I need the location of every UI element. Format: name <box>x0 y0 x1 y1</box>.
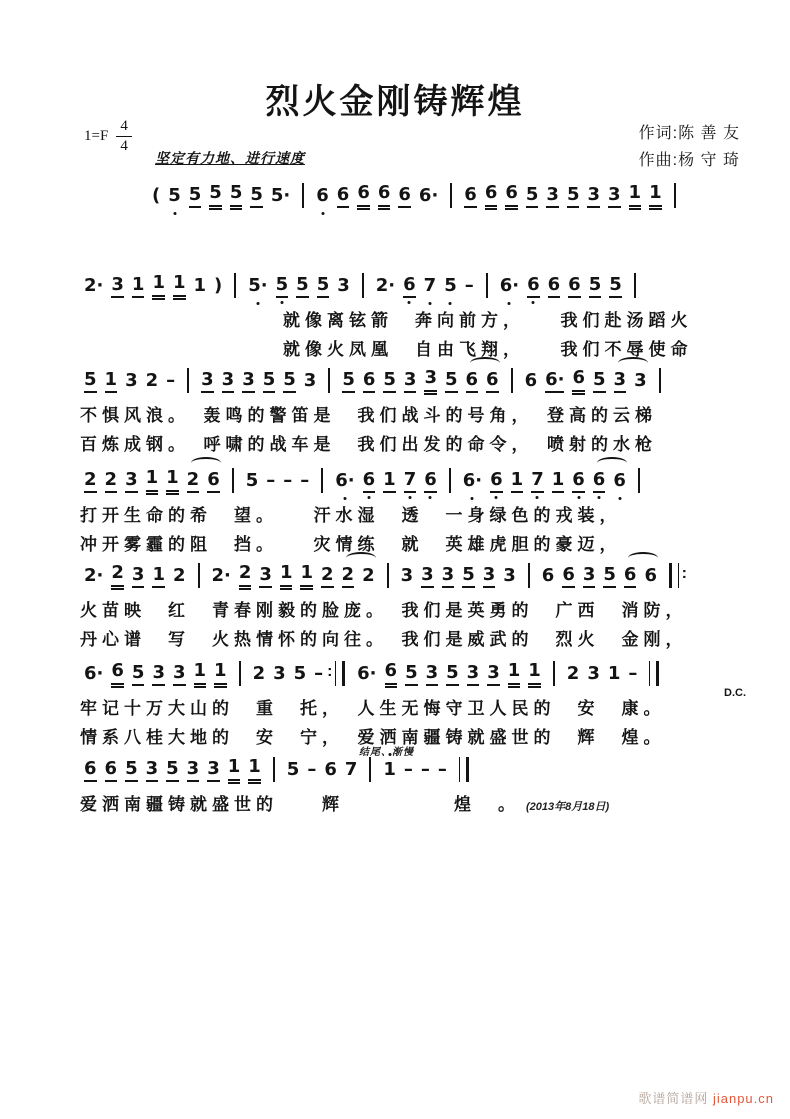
note: 6 <box>357 182 370 210</box>
note: 6 <box>385 660 398 688</box>
note: 3 <box>273 663 286 686</box>
note: 5 <box>296 274 309 299</box>
note: – <box>438 759 447 782</box>
note: 3 <box>242 369 255 394</box>
tie-arc <box>618 357 648 369</box>
note: 3 <box>483 564 496 589</box>
barline <box>198 563 200 588</box>
note: 6 <box>466 369 479 394</box>
note: 3 <box>187 758 200 783</box>
note: 5 <box>276 274 289 299</box>
barline <box>335 661 345 686</box>
note: 3 <box>634 370 647 393</box>
note: 2· <box>84 275 103 298</box>
song-title: 烈火金刚铸辉煌 <box>0 74 790 123</box>
music-system-4: 22311265–––6·61766·6171666 打开生命的希 望。 汗水湿… <box>80 467 748 559</box>
music-system-7: 结尾、渐慢 6653533115–671––– 爱洒南疆铸就盛世的 辉 煌 。(… <box>80 756 748 822</box>
barline <box>450 183 452 208</box>
time-signature: 4 4 <box>116 118 132 154</box>
note: 6 <box>84 758 97 783</box>
watermark-url: jianpu.cn <box>713 1091 774 1106</box>
barline <box>328 368 330 393</box>
lyrics-line-1: 爱洒南疆铸就盛世的 辉 煌 。(2013年8月18日) <box>80 790 748 822</box>
note: 3 <box>426 662 439 687</box>
note: 1 <box>194 660 207 688</box>
note: – <box>314 663 323 686</box>
note: 3 <box>583 564 596 589</box>
note: – <box>300 470 309 493</box>
note: 1 <box>166 467 179 495</box>
note: 6 <box>490 469 503 494</box>
barline <box>459 757 469 782</box>
note: 6 <box>505 182 518 210</box>
note: 5 <box>567 184 580 209</box>
lyrics-line-1: 不惧风浪。 轰鸣的警笛是 我们战斗的号角， 登高的云梯 <box>80 401 748 430</box>
note: 3 <box>146 758 159 783</box>
note: 5 <box>250 184 263 209</box>
note: 6 <box>363 469 376 494</box>
music-system-1: (555555·666666·6665353311 <box>80 182 748 216</box>
note: 2 <box>253 663 266 686</box>
note: 3 <box>201 369 214 394</box>
note: 5 <box>209 182 222 210</box>
notation-line: 2·31111)5·55532·675–6·66655 <box>80 272 748 306</box>
note: 2 <box>105 469 118 494</box>
note: 3 <box>304 370 317 393</box>
note: 3 <box>442 564 455 589</box>
note: 5 <box>383 369 396 394</box>
music-system-5: 2·23122·2311222333533663566 火苗映 红 青春刚毅的脸… <box>80 562 748 654</box>
barline <box>387 563 389 588</box>
note: 6 <box>562 564 575 589</box>
barline <box>321 468 323 493</box>
note: 5 <box>609 274 622 299</box>
tempo-marking: 坚定有力地、进行速度 <box>155 148 305 168</box>
note: 6· <box>84 663 103 686</box>
note: – <box>283 470 292 493</box>
note: – <box>628 663 637 686</box>
barline <box>302 183 304 208</box>
note: 3 <box>222 369 235 394</box>
note: 3 <box>503 565 516 588</box>
note: 2 <box>239 562 252 590</box>
note: 2 <box>321 564 334 589</box>
music-system-3: 5132–3335535653356666·6533 不惧风浪。 轰鸣的警笛是 … <box>80 367 748 459</box>
composer-credit: 作曲:杨 守 琦 <box>639 147 740 174</box>
barline <box>669 563 679 588</box>
note: 1 <box>629 182 642 210</box>
note: 2 <box>187 469 200 494</box>
note: 1 <box>508 660 521 688</box>
note: 1 <box>608 663 621 686</box>
barline <box>369 757 371 782</box>
note: 2 <box>342 564 355 589</box>
note: 6 <box>464 184 477 209</box>
note: 3 <box>132 564 145 589</box>
note: 1 <box>300 562 313 590</box>
note: 6 <box>525 370 538 393</box>
note: 2 <box>146 370 159 393</box>
note: 3 <box>404 369 417 394</box>
note: 2· <box>84 565 103 588</box>
composition-date: (2013年8月18日) <box>526 801 609 813</box>
note: 6 <box>403 274 416 299</box>
note: 3 <box>337 275 350 298</box>
da-capo-mark: D.C. <box>724 687 746 699</box>
barline <box>649 661 659 686</box>
note: 6 <box>207 469 220 494</box>
note: 3 <box>587 184 600 209</box>
barline <box>511 368 513 393</box>
note: 2 <box>111 562 124 590</box>
note: ) <box>214 275 222 298</box>
note: – <box>166 370 175 393</box>
key-label: 1=F <box>84 128 108 145</box>
note: 6 <box>111 660 124 688</box>
notation-line: 2·23122·2311222333533663566 <box>80 562 748 596</box>
note: 6 <box>105 758 118 783</box>
note: 6 <box>613 470 626 493</box>
barline <box>638 468 640 493</box>
note: 3 <box>207 758 220 783</box>
note: 5 <box>132 662 145 687</box>
note: 6· <box>545 369 564 394</box>
barline <box>234 273 236 298</box>
note: 2 <box>567 663 580 686</box>
notation-line: (555555·666666·6665353311 <box>80 182 748 216</box>
note: 3 <box>111 274 124 299</box>
music-system-2: 2·31111)5·55532·675–6·66655 就像离铉箭 奔向前方， … <box>80 272 748 364</box>
sheet-music-page: 烈火金刚铸辉煌 1=F 4 4 坚定有力地、进行速度 作词:陈 善 友 作曲:杨… <box>0 0 790 1119</box>
note: 5 <box>84 369 97 394</box>
note: 6 <box>644 565 657 588</box>
note: 5 <box>405 662 418 687</box>
note: 1 <box>280 562 293 590</box>
tie-arc <box>346 552 376 564</box>
note: 1 <box>248 756 261 784</box>
barline <box>659 368 661 393</box>
note: 3 <box>587 663 600 686</box>
note: 1 <box>528 660 541 688</box>
lyrics-text: 爱洒南疆铸就盛世的 辉 煌 。 <box>80 795 520 814</box>
note: 6· <box>419 185 438 208</box>
note: 5 <box>230 182 243 210</box>
note: 1 <box>228 756 241 784</box>
lyrics-line-2: 丹心谱 写 火热情怀的向往。 我们是威武的 烈火 金刚， <box>80 625 748 654</box>
note: 6 <box>486 369 499 394</box>
note: 6 <box>542 565 555 588</box>
note: – <box>465 275 474 298</box>
barline <box>553 661 555 686</box>
note: 1 <box>552 469 565 494</box>
note: 1 <box>383 469 396 494</box>
notation-line: 22311265–––6·61766·6171666 <box>80 467 748 501</box>
note: 3 <box>152 662 165 687</box>
note: 5 <box>342 369 355 394</box>
barline <box>239 661 241 686</box>
note: 5 <box>283 369 296 394</box>
barline <box>273 757 275 782</box>
note: 6 <box>337 184 350 209</box>
note: 1 <box>214 660 227 688</box>
note: 6 <box>316 185 329 208</box>
note: 5 <box>168 185 181 208</box>
note: 5 <box>189 184 202 209</box>
note: 6 <box>527 274 540 299</box>
note: 3 <box>487 662 500 687</box>
note: 5 <box>462 564 475 589</box>
tie-arc <box>628 552 658 564</box>
note: 1 <box>194 275 207 298</box>
notation-line: 6·653311235–6·65353311231– <box>80 660 748 694</box>
note: 2· <box>212 565 231 588</box>
note: 5 <box>445 369 458 394</box>
watermark-site: 歌谱简谱网 <box>638 1091 708 1106</box>
note: 1 <box>173 272 186 300</box>
note: 5 <box>317 274 330 299</box>
note: 5 <box>125 758 138 783</box>
note: 2· <box>376 275 395 298</box>
meter-denominator: 4 <box>116 137 132 155</box>
note: 5 <box>593 369 606 394</box>
note: 6 <box>624 564 637 589</box>
tie-arc <box>470 357 500 369</box>
note: 7 <box>531 469 544 494</box>
barline <box>449 468 451 493</box>
note: 6 <box>572 469 585 494</box>
note: 7 <box>404 469 417 494</box>
note: 3 <box>401 565 414 588</box>
note: 6 <box>363 369 376 394</box>
note: 1 <box>105 369 118 394</box>
note: 6· <box>357 663 376 686</box>
note: 1 <box>152 272 165 300</box>
barline <box>528 563 530 588</box>
note: 6 <box>398 184 411 209</box>
lyrics-line-1: 牢记十万大山的 重 托， 人生无悔守卫人民的 安 康。 <box>80 694 748 723</box>
note: 5 <box>444 275 457 298</box>
note: ( <box>152 185 160 208</box>
note: 3 <box>125 370 138 393</box>
note: 6 <box>485 182 498 210</box>
note: – <box>307 759 316 782</box>
note: 5 <box>526 184 539 209</box>
note: 6· <box>463 470 482 493</box>
note: 6 <box>548 274 561 299</box>
note: 3 <box>259 564 272 589</box>
barline <box>187 368 189 393</box>
barline <box>362 273 364 298</box>
note: – <box>266 470 275 493</box>
tie-arc <box>191 457 221 469</box>
music-system-6: 6·653311235–6·65353311231– D.C. 牢记十万大山的 … <box>80 660 748 752</box>
lyrics-line-1: 就像离铉箭 奔向前方， 我们赴汤蹈火 <box>80 306 748 335</box>
note: 6 <box>572 367 585 395</box>
note: 2 <box>362 565 375 588</box>
note: 6 <box>568 274 581 299</box>
note: 5 <box>603 564 616 589</box>
note: 1 <box>132 274 145 299</box>
meter-numerator: 4 <box>116 118 132 137</box>
note: – <box>404 759 413 782</box>
note: 5 <box>446 662 459 687</box>
note: 2 <box>84 469 97 494</box>
notation-line: 5132–3335535653356666·6533 <box>80 367 748 401</box>
note: 3 <box>608 184 621 209</box>
note: 3 <box>546 184 559 209</box>
note: 6 <box>324 759 337 782</box>
note: 3 <box>173 662 186 687</box>
barline <box>232 468 234 493</box>
note: 1 <box>383 759 396 782</box>
note: 3 <box>424 367 437 395</box>
note: 5· <box>271 185 290 208</box>
note: 5 <box>166 758 179 783</box>
watermark: 歌谱简谱网 jianpu.cn <box>638 1088 774 1107</box>
barline <box>486 273 488 298</box>
note: 3 <box>125 469 138 494</box>
credits: 作词:陈 善 友 作曲:杨 守 琦 <box>639 120 740 174</box>
lyricist-credit: 作词:陈 善 友 <box>639 120 740 147</box>
note: 6 <box>424 469 437 494</box>
lyrics-line-1: 火苗映 红 青春刚毅的脸庞。 我们是英勇的 广西 消防， <box>80 596 748 625</box>
lyrics-line-1: 打开生命的希 望。 汗水湿 透 一身绿色的戎装， <box>80 501 748 530</box>
lyrics-line-2: 情系八桂大地的 安 宁， 爱洒南疆铸就盛世的 辉 煌。 <box>80 723 748 752</box>
note: 1 <box>649 182 662 210</box>
note: 7 <box>424 275 437 298</box>
note: 5 <box>589 274 602 299</box>
note: 5· <box>248 275 267 298</box>
note: 5 <box>294 663 307 686</box>
note: 1 <box>511 469 524 494</box>
note: 6 <box>378 182 391 210</box>
note: 1 <box>146 467 159 495</box>
note: 7 <box>345 759 358 782</box>
lyrics-line-2: 就像火凤凰 自由飞翔， 我们不辱使命 <box>80 335 748 364</box>
note: 6 <box>593 469 606 494</box>
note: – <box>421 759 430 782</box>
note: 1 <box>152 564 165 589</box>
barline <box>674 183 676 208</box>
lyrics-line-2: 百炼成钢。 呼啸的战车是 我们出发的命令， 喷射的水枪 <box>80 430 748 459</box>
note: 5 <box>263 369 276 394</box>
tie-arc <box>597 457 627 469</box>
note: 3 <box>467 662 480 687</box>
note: 2 <box>173 565 186 588</box>
note: 3 <box>421 564 434 589</box>
barline <box>634 273 636 298</box>
note: 5 <box>287 759 300 782</box>
note: 3 <box>614 369 627 394</box>
note: 6· <box>500 275 519 298</box>
notation-line: 6653533115–671––– <box>80 756 748 790</box>
note: 6· <box>335 470 354 493</box>
note: 5 <box>246 470 259 493</box>
key-signature: 1=F 4 4 <box>84 118 132 154</box>
